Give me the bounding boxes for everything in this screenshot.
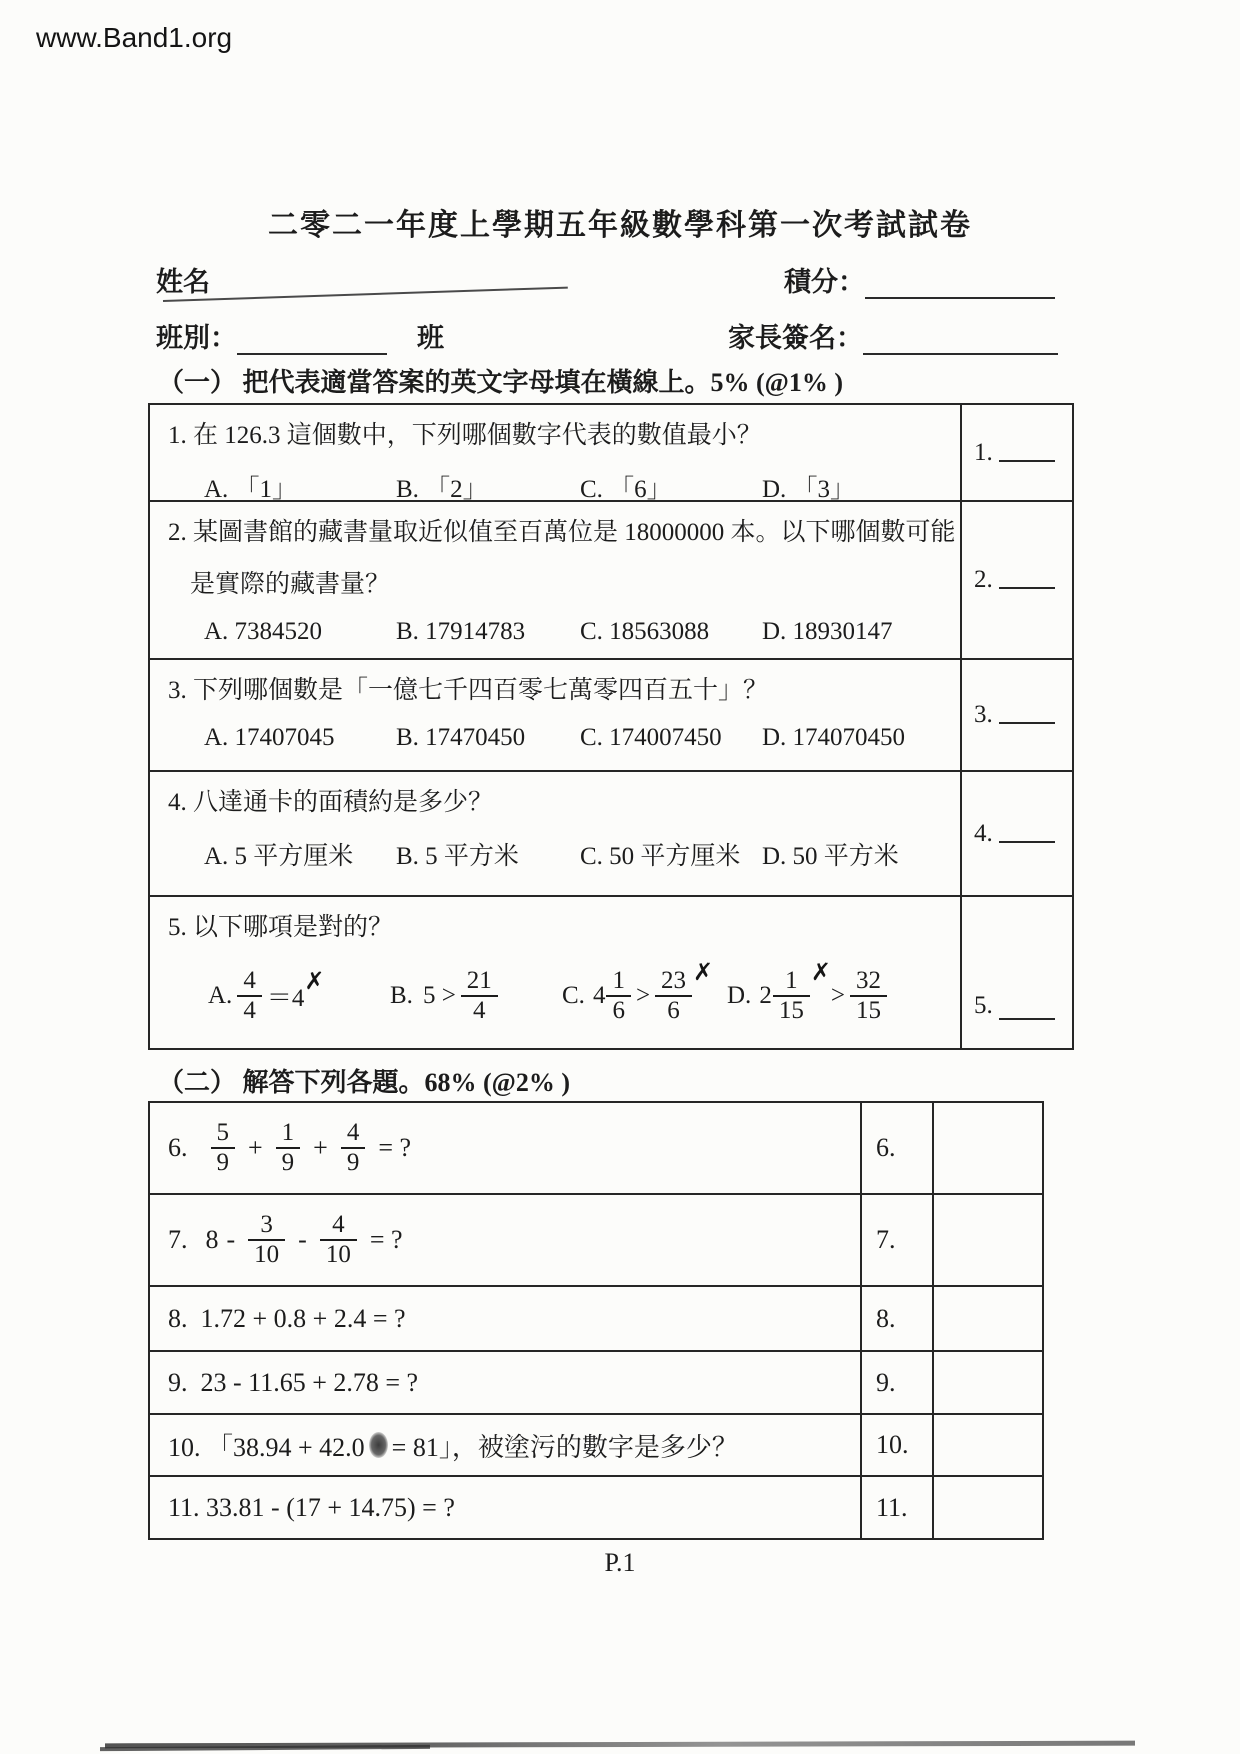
question-7-number: 7. [168, 1225, 188, 1255]
q2-option-b: B. 17914783 [396, 618, 580, 646]
class-field: 班別：班 [156, 316, 444, 355]
answer-3-blank-line [999, 706, 1055, 724]
parent-signature-blank-line [863, 327, 1058, 355]
q2-option-d: D. 18930147 [762, 618, 960, 646]
q5c-fraction-1: 16 [606, 967, 631, 1025]
q5c-numerator-1: 1 [606, 967, 631, 995]
q1-option-d: D. 「3」 [762, 469, 960, 502]
answer-7-label: 7. [876, 1225, 896, 1255]
q5a-fraction: 44 [237, 967, 262, 1025]
answer-1-label: 1. [974, 439, 993, 467]
q5d-fraction-1: 115 [773, 967, 810, 1025]
q5c-fraction-2: 236 [655, 967, 692, 1025]
q2-option-c: C. 18563088 [580, 618, 762, 646]
answer-2-label: 2. [974, 566, 993, 594]
class-label: 班別： [156, 323, 237, 353]
q5d-denominator-2: 15 [850, 995, 887, 1025]
answer-3-cell: 3. [960, 660, 1072, 772]
question-2-cell: 2. 某圖書館的藏書量取近似值至百萬位是 18000000 本。以下哪個數可能 … [150, 502, 960, 660]
question-7-cell: 7. 8 - 310 - 410 = ? [150, 1195, 860, 1287]
question-4-options: A. 5 平方厘米 B. 5 平方米 C. 50 平方厘米 D. 50 平方米 [168, 836, 960, 872]
parent-signature-label: 家長簽名： [728, 323, 863, 353]
q5b-fraction: 214 [461, 967, 498, 1025]
answer-10-cell: 10. [860, 1415, 934, 1477]
q7-lead-number: 8 [206, 1225, 219, 1255]
section2-table: 6. 59 + 19 + 49 = ? 6. 7. 8 - 310 - 410 … [148, 1101, 1044, 1540]
answer-6-label: 6. [876, 1133, 896, 1163]
name-field: 姓名 [156, 260, 210, 299]
q5-option-a: A. 44 ＝4 ✗ [208, 967, 390, 1025]
q4-option-a: A. 5 平方厘米 [204, 836, 396, 872]
answer-4-label: 4. [974, 820, 993, 848]
answer-9-cell: 9. [860, 1352, 934, 1415]
class-blank-line [237, 327, 387, 355]
q5d-denominator-1: 15 [773, 995, 810, 1025]
q6-plus-1: + [248, 1133, 263, 1163]
answer-6-blank-cell [934, 1103, 1042, 1195]
question-1-text: 1. 在 126.3 這個數中，下列哪個數字代表的數值最小？ [168, 415, 960, 451]
q7-equals: = ? [370, 1225, 403, 1255]
q3-option-c: C. 174007450 [580, 724, 762, 752]
q5b-numerator: 21 [461, 967, 498, 995]
answer-9-blank-cell [934, 1352, 1042, 1415]
site-watermark: www.Band1.org [36, 22, 232, 54]
q6-fraction-3: 49 [341, 1119, 366, 1177]
name-label: 姓名 [156, 267, 210, 297]
answer-4-blank-line [999, 825, 1055, 843]
answer-9-label: 9. [876, 1368, 896, 1398]
question-4-cell: 4. 八達通卡的面積約是多少？ A. 5 平方厘米 B. 5 平方米 C. 50… [150, 772, 960, 897]
q5c-tag: C. [562, 982, 585, 1010]
score-field: 積分： [784, 260, 1055, 299]
question-2-text-line1: 2. 某圖書館的藏書量取近似值至百萬位是 18000000 本。以下哪個數可能 [168, 512, 960, 548]
q4-option-d: D. 50 平方米 [762, 836, 960, 872]
q7-minus-1: - [227, 1225, 236, 1255]
question-10-text-before-blot: 10. 「38.94 + 42.0 [168, 1427, 365, 1464]
q5a-equals: ＝4 [267, 978, 305, 1014]
q5d-compare-sign: > [831, 982, 845, 1010]
q5d-tag: D. [727, 982, 751, 1010]
q5c-compare-sign: > [636, 982, 650, 1010]
q1-option-c: C. 「6」 [580, 469, 762, 502]
question-9-text: 9. 23 - 11.65 + 2.78 = ? [168, 1368, 418, 1398]
answer-2-cell: 2. [960, 502, 1072, 660]
q5a-numerator: 4 [237, 967, 262, 995]
q5c-whole: 4 [593, 982, 606, 1010]
question-10-cell: 10. 「38.94 + 42.0 = 81」，被塗污的數字是多少？ [150, 1415, 860, 1477]
q7-numerator-1: 3 [248, 1211, 285, 1239]
exam-paper-page: www.Band1.org 二零二一年度上學期五年級數學科第一次考試試卷 姓名 … [0, 0, 1240, 1754]
q5d-cross-mark: ✗ [811, 958, 831, 986]
score-label: 積分： [784, 267, 865, 297]
q5b-tag: B. [390, 982, 413, 1010]
question-3-options: A. 17407045 B. 17470450 C. 174007450 D. … [168, 724, 960, 752]
question-2-options: A. 7384520 B. 17914783 C. 18563088 D. 18… [168, 618, 960, 646]
section1-table: 1. 在 126.3 這個數中，下列哪個數字代表的數值最小？ A. 「1」 B.… [148, 403, 1074, 1050]
question-8-text: 8. 1.72 + 0.8 + 2.4 = ? [168, 1304, 406, 1334]
question-6-number: 6. [168, 1133, 188, 1163]
q5c-denominator-2: 6 [655, 995, 692, 1025]
question-1-cell: 1. 在 126.3 這個數中，下列哪個數字代表的數值最小？ A. 「1」 B.… [150, 405, 960, 502]
q7-fraction-2: 410 [320, 1211, 357, 1269]
answer-8-cell: 8. [860, 1287, 934, 1352]
question-3-cell: 3. 下列哪個數是「一億七千四百零七萬零四百五十」？ A. 17407045 B… [150, 660, 960, 772]
question-11-text: 11. 33.81 - (17 + 14.75) = ? [168, 1493, 455, 1523]
class-unit-label: 班 [417, 323, 444, 353]
question-4-text: 4. 八達通卡的面積約是多少？ [168, 782, 960, 818]
question-5-cell: 5. 以下哪項是對的？ A. 44 ＝4 ✗ B. 5 > 214 C. 4 1… [150, 897, 960, 1048]
q6-numerator-2: 1 [276, 1119, 301, 1147]
q6-fraction-1: 59 [211, 1119, 236, 1177]
q5-option-d: D. 2 115 ✗ > 3215 [727, 967, 960, 1025]
question-5-options: A. 44 ＝4 ✗ B. 5 > 214 C. 4 16 > 236 ✗ [168, 967, 960, 1025]
q6-equals: = ? [378, 1133, 411, 1163]
q7-denominator-1: 10 [248, 1239, 285, 1269]
q6-numerator-1: 5 [211, 1119, 236, 1147]
q5c-denominator-1: 6 [606, 995, 631, 1025]
q7-minus-2: - [298, 1225, 307, 1255]
question-8-cell: 8. 1.72 + 0.8 + 2.4 = ? [150, 1287, 860, 1352]
answer-7-cell: 7. [860, 1195, 934, 1287]
answer-5-cell: 5. [960, 897, 1072, 1048]
q3-option-d: D. 174070450 [762, 724, 960, 752]
q5a-tag: A. [208, 982, 232, 1010]
q4-option-c: C. 50 平方厘米 [580, 836, 762, 872]
q7-denominator-2: 10 [320, 1239, 357, 1269]
question-9-cell: 9. 23 - 11.65 + 2.78 = ? [150, 1352, 860, 1415]
q5d-whole: 2 [759, 982, 772, 1010]
q5a-denominator: 4 [237, 995, 262, 1025]
question-5-text: 5. 以下哪項是對的？ [168, 907, 960, 943]
q5c-cross-mark: ✗ [693, 958, 713, 986]
answer-5-label: 5. [974, 992, 993, 1020]
q5-option-c: C. 4 16 > 236 ✗ [562, 967, 727, 1025]
ink-smudge-blot [369, 1432, 388, 1458]
q1-option-a: A. 「1」 [204, 469, 396, 502]
section2-heading: （二） 解答下列各題。68% (@2% ) [158, 1062, 570, 1099]
name-write-line [163, 287, 568, 302]
q5d-fraction-2: 3215 [850, 967, 887, 1025]
q5c-numerator-2: 23 [655, 967, 692, 995]
answer-5-blank-line [999, 1002, 1055, 1020]
answer-11-blank-cell [934, 1477, 1042, 1538]
question-1-options: A. 「1」 B. 「2」 C. 「6」 D. 「3」 [168, 469, 960, 502]
answer-8-blank-cell [934, 1287, 1042, 1352]
q3-option-b: B. 17470450 [396, 724, 580, 752]
answer-1-blank-line [999, 444, 1055, 462]
answer-8-label: 8. [876, 1304, 896, 1334]
q6-numerator-3: 4 [341, 1119, 366, 1147]
question-6-cell: 6. 59 + 19 + 49 = ? [150, 1103, 860, 1195]
exam-title: 二零二一年度上學期五年級數學科第一次考試試卷 [0, 200, 1240, 244]
q7-numerator-2: 4 [320, 1211, 357, 1239]
answer-3-label: 3. [974, 701, 993, 729]
q6-denominator-2: 9 [276, 1147, 301, 1177]
q7-fraction-1: 310 [248, 1211, 285, 1269]
q2-option-a: A. 7384520 [204, 618, 396, 646]
answer-4-cell: 4. [960, 772, 1072, 897]
answer-7-blank-cell [934, 1195, 1042, 1287]
answer-2-blank-line [999, 571, 1055, 589]
answer-10-label: 10. [876, 1430, 909, 1460]
q6-plus-2: + [313, 1133, 328, 1163]
q5b-lhs: 5 > [423, 982, 456, 1010]
answer-10-blank-cell [934, 1415, 1042, 1477]
q4-option-b: B. 5 平方米 [396, 836, 580, 872]
q5b-denominator: 4 [461, 995, 498, 1025]
q6-denominator-1: 9 [211, 1147, 236, 1177]
q5-option-b: B. 5 > 214 [390, 967, 562, 1025]
answer-6-cell: 6. [860, 1103, 934, 1195]
q5d-numerator-2: 32 [850, 967, 887, 995]
section1-heading: （一） 把代表適當答案的英文字母填在橫線上。5% (@1% ) [158, 362, 843, 399]
parent-signature-field: 家長簽名： [728, 316, 1058, 355]
answer-11-cell: 11. [860, 1477, 934, 1538]
question-3-text: 3. 下列哪個數是「一億七千四百零七萬零四百五十」？ [168, 670, 960, 706]
q6-fraction-2: 19 [276, 1119, 301, 1177]
question-10-text-after-blot: = 81」，被塗污的數字是多少？ [392, 1427, 738, 1464]
q5a-cross-mark: ✗ [304, 967, 324, 995]
answer-1-cell: 1. [960, 405, 1072, 502]
score-blank-line [865, 271, 1055, 299]
question-11-cell: 11. 33.81 - (17 + 14.75) = ? [150, 1477, 860, 1538]
question-2-text-line2: 是實際的藏書量？ [168, 564, 960, 600]
q3-option-a: A. 17407045 [204, 724, 396, 752]
answer-11-label: 11. [876, 1493, 908, 1523]
q6-denominator-3: 9 [341, 1147, 366, 1177]
page-number: P.1 [0, 1548, 1240, 1578]
q5d-numerator-1: 1 [773, 967, 810, 995]
q1-option-b: B. 「2」 [396, 469, 580, 502]
